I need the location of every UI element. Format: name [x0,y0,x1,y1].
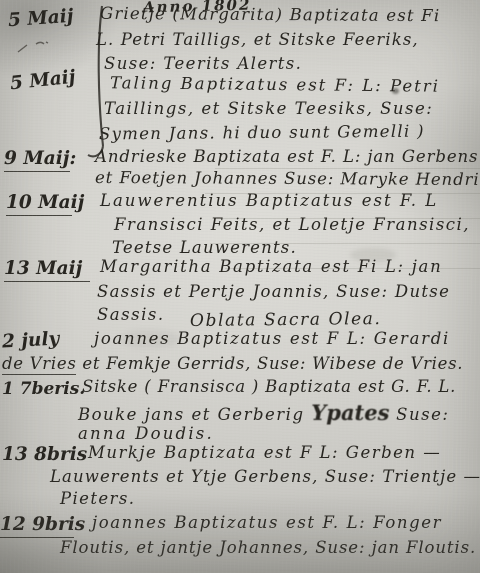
overwritten-word: Ypates [311,400,389,425]
entry-line: Taling Baptizatus est F: L: Petri [110,74,440,96]
entry-date: 12 9bris [0,514,74,538]
entry-line: joannes Baptizatus est F L: Gerardi [94,330,450,348]
entry-line: Suse: Teerits Alerts. [104,55,302,73]
entry-line: Margaritha Baptizata est Fi L: jan [100,258,442,276]
entry-line: Andrieske Baptizata est F. L: jan Gerben… [95,148,478,166]
sacrament-note: Oblata Sacra Olea. [190,310,382,331]
manuscript-page: Anno 1802 5 Maij Grietje (Margarita) Bap… [0,0,480,573]
entry-line: Sitske ( Fransisca ) Baptizata est G. F.… [82,378,456,396]
entry-line: anna Doudis. [78,425,214,443]
entry-line: L. Petri Tailligs, et Sitske Feeriks, [96,31,419,49]
entry-date: 5 Maij [7,6,74,32]
entry-line: Taillings, et Sitske Teesiks, Suse: [104,100,433,118]
stray-mark [16,38,56,56]
entry-date: 10 Maij [6,192,72,216]
entry-line: de Vries et Femkje Gerrids, Suse: Wibese… [2,355,463,373]
entry-line: Teetse Lauwerents. [112,239,297,257]
entry-date: 13 8bris [2,444,87,465]
entry-line: Symen Jans. hi duo sunt Gemelli ) [99,123,425,144]
entry-date: 2 july [1,329,59,353]
entry-line-pre: Bouke jans et Gerberig [78,405,311,424]
entry-line: Murkje Baptizata est F L: Gerben — [88,444,441,462]
entry-line: Floutis, et jantje Johannes, Suse: jan F… [60,539,476,557]
entry-line: Lauwerents et Ytje Gerbens, Suse: Trient… [50,468,480,486]
entry-line: joannes Baptizatus est F. L: Fonger [92,514,442,532]
underlined-name: de Vries [2,354,76,375]
entry-date: 9 Maij: [4,148,70,172]
entry-line: Sassis et Pertje Joannis, Suse: Dutse [97,283,450,301]
entry-date: 13 Maij [4,258,90,282]
entry-line: Fransisci Feits, et Loletje Fransisci, [114,216,470,234]
entry-line: Sassis. [97,306,165,324]
entry-line-post: Suse: [389,405,449,424]
entry-line: Pieters. [60,490,135,508]
entry-date: 1 7beris. [2,379,85,399]
entry-line: Bouke jans et Gerberig Ypates Suse: [78,401,449,424]
entry-line: et Foetjen Johannes Suse: Maryke Hendrik… [95,169,480,189]
entry-line: Grietje (Margarita) Baptizata est Fi [100,5,440,26]
entry-line-rest: et Femkje Gerrids, Suse: Wibese de Vries… [76,354,463,373]
entry-date: 5 Maij [9,67,76,95]
entry-line: Lauwerentius Baptizatus est F. L [100,192,438,210]
